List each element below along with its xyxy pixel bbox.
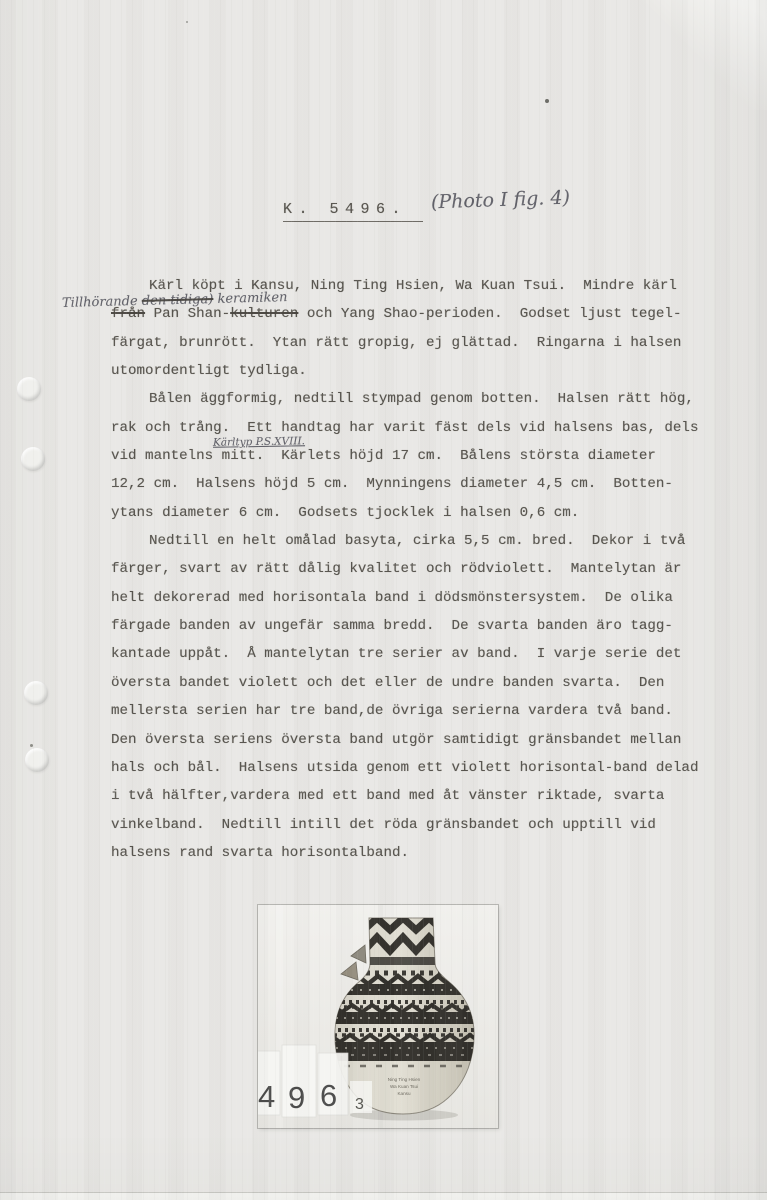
text-segment: rak och trång. Ett handtag har varit fäs… [111,420,698,436]
text-line: i två hälfter,vardera med ett band med å… [111,782,731,810]
text-segment: Nedtill en helt omålad basyta, cirka 5,5… [149,533,685,549]
paper-speck [30,744,33,747]
text-line: vinkelband. Nedtill intill det röda grän… [111,811,731,839]
paper-speck [545,99,549,103]
text-segment: Pan Shan- [145,306,230,322]
vase-caption-line: Kansu [397,1091,410,1096]
text-segment: halsens rand svarta horisontalband. [111,845,409,861]
text-segment: färgade banden av ungefär samma bredd. D… [111,618,673,634]
text-segment: helt dekorerad med horisontala band i dö… [111,590,673,606]
text-segment: vinkelband. Nedtill intill det röda grän… [111,817,656,833]
punch-hole [17,377,41,401]
text-segment: färger, svart av rätt dålig kvalitet och… [111,561,681,577]
text-line: kantade uppåt. Å mantelytan tre serier a… [111,640,731,668]
text-segment: utomordentligt tydliga. [111,363,307,379]
text-line: översta bandet violett och det eller de … [111,669,731,697]
text-line: helt dekorerad med horisontala band i dö… [111,584,731,612]
punch-hole [24,681,48,705]
vessel-photograph: Ning Ting Hsien Wa Kuan Tsui Kansu 4 9 6… [258,905,498,1128]
handwritten-annotation-karltyp: Kärltyp P.S.XVIII. [213,435,305,449]
text-line: hals och bål. Halsens utsida genom ett v… [111,754,731,782]
text-line: Nedtill en helt omålad basyta, cirka 5,5… [111,527,731,555]
catalog-number: K. 5496. [283,201,423,222]
vase-photo-image: Ning Ting Hsien Wa Kuan Tsui Kansu 4 9 6… [258,905,498,1128]
catalog-digit: 4 [258,1079,275,1114]
text-segment: mellersta serien har tre band,de övriga … [111,703,673,719]
text-line: Den översta seriens översta band utgör s… [111,726,731,754]
text-segment: hals och bål. Halsens utsida genom ett v… [111,760,698,776]
text-line: Bålen äggformig, nedtill stympad genom b… [111,385,731,413]
text-line: halsens rand svarta horisontalband. [111,839,731,867]
handwritten-photo-note: (Photo I fig. 4) [431,187,571,214]
vase-caption-line: Ning Ting Hsien [388,1077,421,1082]
text-line: utomordentligt tydliga. [111,357,731,385]
text-segment: Tillhörande [62,294,142,311]
text-segment: Den översta seriens översta band utgör s… [111,732,681,748]
scan-bottom-edge [0,1192,767,1200]
text-segment: kantade uppåt. Å mantelytan tre serier a… [111,646,681,662]
text-segment: färgat, brunrött. Ytan rätt gropig, ej g… [111,335,681,351]
punch-hole [21,447,45,471]
vase-caption-line: Wa Kuan Tsui [390,1084,418,1089]
page-corner-highlight [557,0,767,110]
text-segment: 12,2 cm. Halsens höjd 5 cm. Mynningens d… [111,476,673,492]
text-line: mellersta serien har tre band,de övriga … [111,697,731,725]
text-segment: och Yang Shao-perioden. Godset ljust teg… [298,306,681,322]
text-line: färger, svart av rätt dålig kvalitet och… [111,555,731,583]
text-segment: Bålen äggformig, nedtill stympad genom b… [149,391,694,407]
text-line: rak och trång. Ett handtag har varit fäs… [111,414,731,442]
text-segment: i två hälfter,vardera med ett band med å… [111,788,664,804]
text-line: vid mantelns mitt. Kärlets höjd 17 cm. B… [111,442,731,470]
struck-text: kulturen [230,306,298,322]
catalog-digit: 9 [288,1080,305,1115]
paper-speck [186,21,188,23]
text-line: 12,2 cm. Halsens höjd 5 cm. Mynningens d… [111,470,731,498]
text-segment: keramiken [213,290,287,307]
text-segment: översta bandet violett och det eller de … [111,675,664,691]
punch-hole [25,748,49,772]
text-segment: vid mantelns mitt. Kärlets höjd 17 cm. B… [111,448,656,464]
text-line: ytans diameter 6 cm. Godsets tjocklek i … [111,499,731,527]
text-line: färgade banden av ungefär samma bredd. D… [111,612,731,640]
catalog-digit: 6 [320,1078,337,1113]
catalog-digit-small: 3 [355,1096,364,1113]
struck-text: den tidiga) [142,292,214,309]
typewritten-text: Kärl köpt i Kansu, Ning Ting Hsien, Wa K… [111,272,731,867]
scanned-catalog-page: K. 5496. (Photo I fig. 4) Tillhörande de… [0,0,767,1200]
text-segment: ytans diameter 6 cm. Godsets tjocklek i … [111,505,579,521]
text-line: färgat, brunrött. Ytan rätt gropig, ej g… [111,329,731,357]
